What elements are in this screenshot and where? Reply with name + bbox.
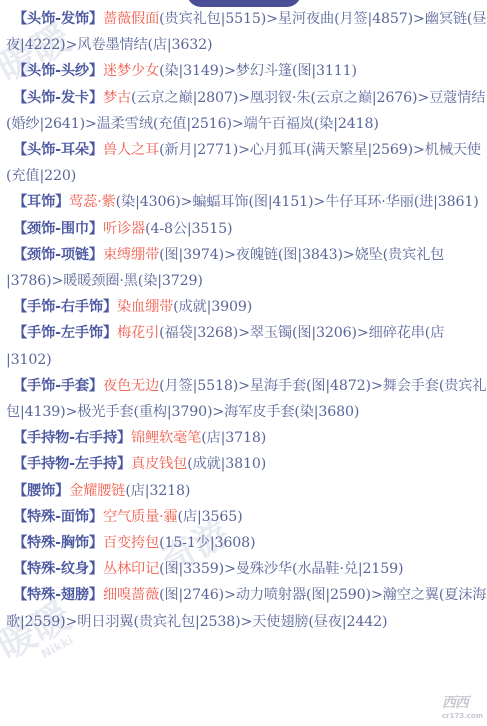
ranking-details: (福袋|3268)>翠玉镯(图|3206)>细碎花串(店: [159, 325, 444, 341]
outfit-entry-continuation: (婚纱|2641)>温柔雪绒(充值|2516)>端午百福岚(染|2418): [6, 111, 481, 137]
ranking-details: (新月|2771)>心月狐耳(满天繁星|2569)>机械天使: [159, 142, 481, 158]
ranking-details: (15-1少|3608): [159, 535, 255, 551]
category-label: 【特殊-翅膀】: [13, 587, 103, 603]
category-label: 【特殊-纹身】: [13, 561, 103, 577]
ranking-details: (成就|3909): [173, 299, 252, 315]
outfit-entry: 【腰饰】金耀腰链(店|3218): [6, 478, 481, 504]
ranking-details: (店|3218): [125, 483, 190, 499]
ranking-details: 夜|4222)>风卷墨情结(店|3632): [6, 37, 212, 53]
ranking-details: (4-8公|3515): [145, 221, 232, 237]
ranking-details: (图|2746)>动力喷射器(图|2590)>瀚空之翼(夏沫海: [159, 587, 486, 603]
ranking-details: (店|3565): [178, 509, 243, 525]
top-item-name: 梅花引: [117, 325, 159, 341]
category-label: 【头饰-发卡】: [13, 90, 103, 106]
outfit-entry: 【特殊-纹身】丛林印记(图|3359)>曼殊沙华(水晶鞋·兑|2159): [6, 556, 481, 582]
outfit-entry-continuation: 歌|2559)>明日羽翼(贵宾礼包|2538)>天使翅膀(昼夜|2442): [6, 609, 481, 635]
outfit-entry: 【手持物-左手持】真皮钱包(成就|3810): [6, 451, 481, 477]
site-logo: 西西 cr173.com: [442, 692, 483, 720]
ranking-details: (充值|220): [6, 168, 76, 184]
top-item-name: 听诊器: [103, 221, 145, 237]
category-label: 【手饰-左手饰】: [13, 325, 117, 341]
top-item-name: 夜色无边: [103, 378, 159, 394]
ranking-details: (店|3718): [201, 430, 266, 446]
outfit-entry: 【特殊-面饰】空气质量·霾(店|3565): [6, 504, 481, 530]
outfit-entry: 【特殊-翅膀】细嗅蔷薇(图|2746)>动力喷射器(图|2590)>瀚空之翼(夏…: [6, 582, 481, 608]
top-item-name: 锦鲤软毫笔: [131, 430, 201, 446]
outfit-entry: 【颈饰-围巾】听诊器(4-8公|3515): [6, 216, 481, 242]
ranking-details: (图|3359)>曼殊沙华(水晶鞋·兑|2159): [159, 561, 403, 577]
top-item-name: 束缚绷带: [103, 247, 159, 263]
outfit-entry: 【手饰-右手饰】染血绷带(成就|3909): [6, 294, 481, 320]
ranking-details: (染|4306)>蝙蝠耳饰(图|4151)>牛仔耳环·华丽(进|3861): [116, 194, 479, 210]
top-item-name: 丛林印记: [103, 561, 159, 577]
ranking-details: (月签|5518)>星海手套(图|4872)>舞会手套(贵宾礼: [159, 378, 486, 394]
outfit-entry: 【耳饰】莺蕊·紫(染|4306)>蝙蝠耳饰(图|4151)>牛仔耳环·华丽(进|…: [6, 189, 481, 215]
top-item-name: 梦古: [103, 90, 131, 106]
outfit-entry-continuation: 包|4139)>极光手套(重构|3790)>海军皮手套(染|3680): [6, 399, 481, 425]
outfit-entry-continuation: |3102): [6, 347, 481, 373]
top-item-name: 莺蕊·紫: [69, 194, 115, 210]
top-item-name: 蔷薇假面: [103, 11, 159, 27]
top-item-name: 空气质量·霾: [103, 509, 178, 525]
outfit-entry: 【头饰-头纱】迷梦少女(染|3149)>梦幻斗篷(图|3111): [6, 58, 481, 84]
outfit-entry: 【特殊-胸饰】百变挎包(15-1少|3608): [6, 530, 481, 556]
ranking-details: (染|3149)>梦幻斗篷(图|3111): [159, 63, 357, 79]
category-label: 【头饰-耳朵】: [13, 142, 103, 158]
top-item-name: 细嗅蔷薇: [103, 587, 159, 603]
category-label: 【手持物-右手持】: [13, 430, 131, 446]
top-item-name: 真皮钱包: [131, 456, 187, 472]
top-item-name: 兽人之耳: [103, 142, 159, 158]
ranking-details: (图|3974)>夜魄链(图|3843)>娆坠(贵宾礼包: [159, 247, 444, 263]
ranking-details: (贵宾礼包|5515)>星河夜曲(月签|4857)>幽冥链(昼: [159, 11, 486, 27]
category-label: 【头饰-头纱】: [13, 63, 103, 79]
ranking-details: 包|4139)>极光手套(重构|3790)>海军皮手套(染|3680): [6, 404, 359, 420]
outfit-entry: 【头饰-发卡】梦古(云京之巅|2807)>凰羽钗·朱(云京之巅|2676)>豆蔻…: [6, 85, 481, 111]
category-label: 【特殊-胸饰】: [13, 535, 103, 551]
ranking-details: (婚纱|2641)>温柔雪绒(充值|2516)>端午百福岚(染|2418): [6, 116, 379, 132]
ranking-details: 歌|2559)>明日羽翼(贵宾礼包|2538)>天使翅膀(昼夜|2442): [6, 614, 387, 630]
ranking-details: |3786)>暖暖颈圈·黑(染|3729): [6, 273, 203, 289]
outfit-entry: 【手饰-手套】夜色无边(月签|5518)>星海手套(图|4872)>舞会手套(贵…: [6, 373, 481, 399]
category-label: 【颈饰-围巾】: [13, 221, 103, 237]
outfit-entry: 【手饰-左手饰】梅花引(福袋|3268)>翠玉镯(图|3206)>细碎花串(店: [6, 320, 481, 346]
top-item-name: 金耀腰链: [69, 483, 125, 499]
ranking-details: |3102): [6, 352, 52, 368]
logo-text: 西西: [442, 695, 468, 711]
top-item-name: 百变挎包: [103, 535, 159, 551]
ranking-details: (成就|3810): [187, 456, 266, 472]
outfit-guide-list: 【头饰-发饰】蔷薇假面(贵宾礼包|5515)>星河夜曲(月签|4857)>幽冥链…: [6, 6, 481, 635]
outfit-entry-continuation: 夜|4222)>风卷墨情结(店|3632): [6, 32, 481, 58]
category-label: 【头饰-发饰】: [13, 11, 103, 27]
top-item-name: 染血绷带: [117, 299, 173, 315]
outfit-entry: 【颈饰-项链】束缚绷带(图|3974)>夜魄链(图|3843)>娆坠(贵宾礼包: [6, 242, 481, 268]
category-label: 【腰饰】: [13, 483, 69, 499]
category-label: 【颈饰-项链】: [13, 247, 103, 263]
category-label: 【手饰-右手饰】: [13, 299, 117, 315]
watermark: Nikki: [39, 633, 76, 661]
outfit-entry: 【手持物-右手持】锦鲤软毫笔(店|3718): [6, 425, 481, 451]
category-label: 【耳饰】: [13, 194, 69, 210]
category-label: 【手饰-手套】: [13, 378, 103, 394]
outfit-entry-continuation: (充值|220): [6, 163, 481, 189]
ranking-details: (云京之巅|2807)>凰羽钗·朱(云京之巅|2676)>豆蔻情结: [131, 90, 485, 106]
top-item-name: 迷梦少女: [103, 63, 159, 79]
outfit-entry: 【头饰-发饰】蔷薇假面(贵宾礼包|5515)>星河夜曲(月签|4857)>幽冥链…: [6, 6, 481, 32]
outfit-entry-continuation: |3786)>暖暖颈圈·黑(染|3729): [6, 268, 481, 294]
category-label: 【特殊-面饰】: [13, 509, 103, 525]
outfit-entry: 【头饰-耳朵】兽人之耳(新月|2771)>心月狐耳(满天繁星|2569)>机械天…: [6, 137, 481, 163]
category-label: 【手持物-左手持】: [13, 456, 131, 472]
logo-subtext: cr173.com: [442, 712, 483, 720]
